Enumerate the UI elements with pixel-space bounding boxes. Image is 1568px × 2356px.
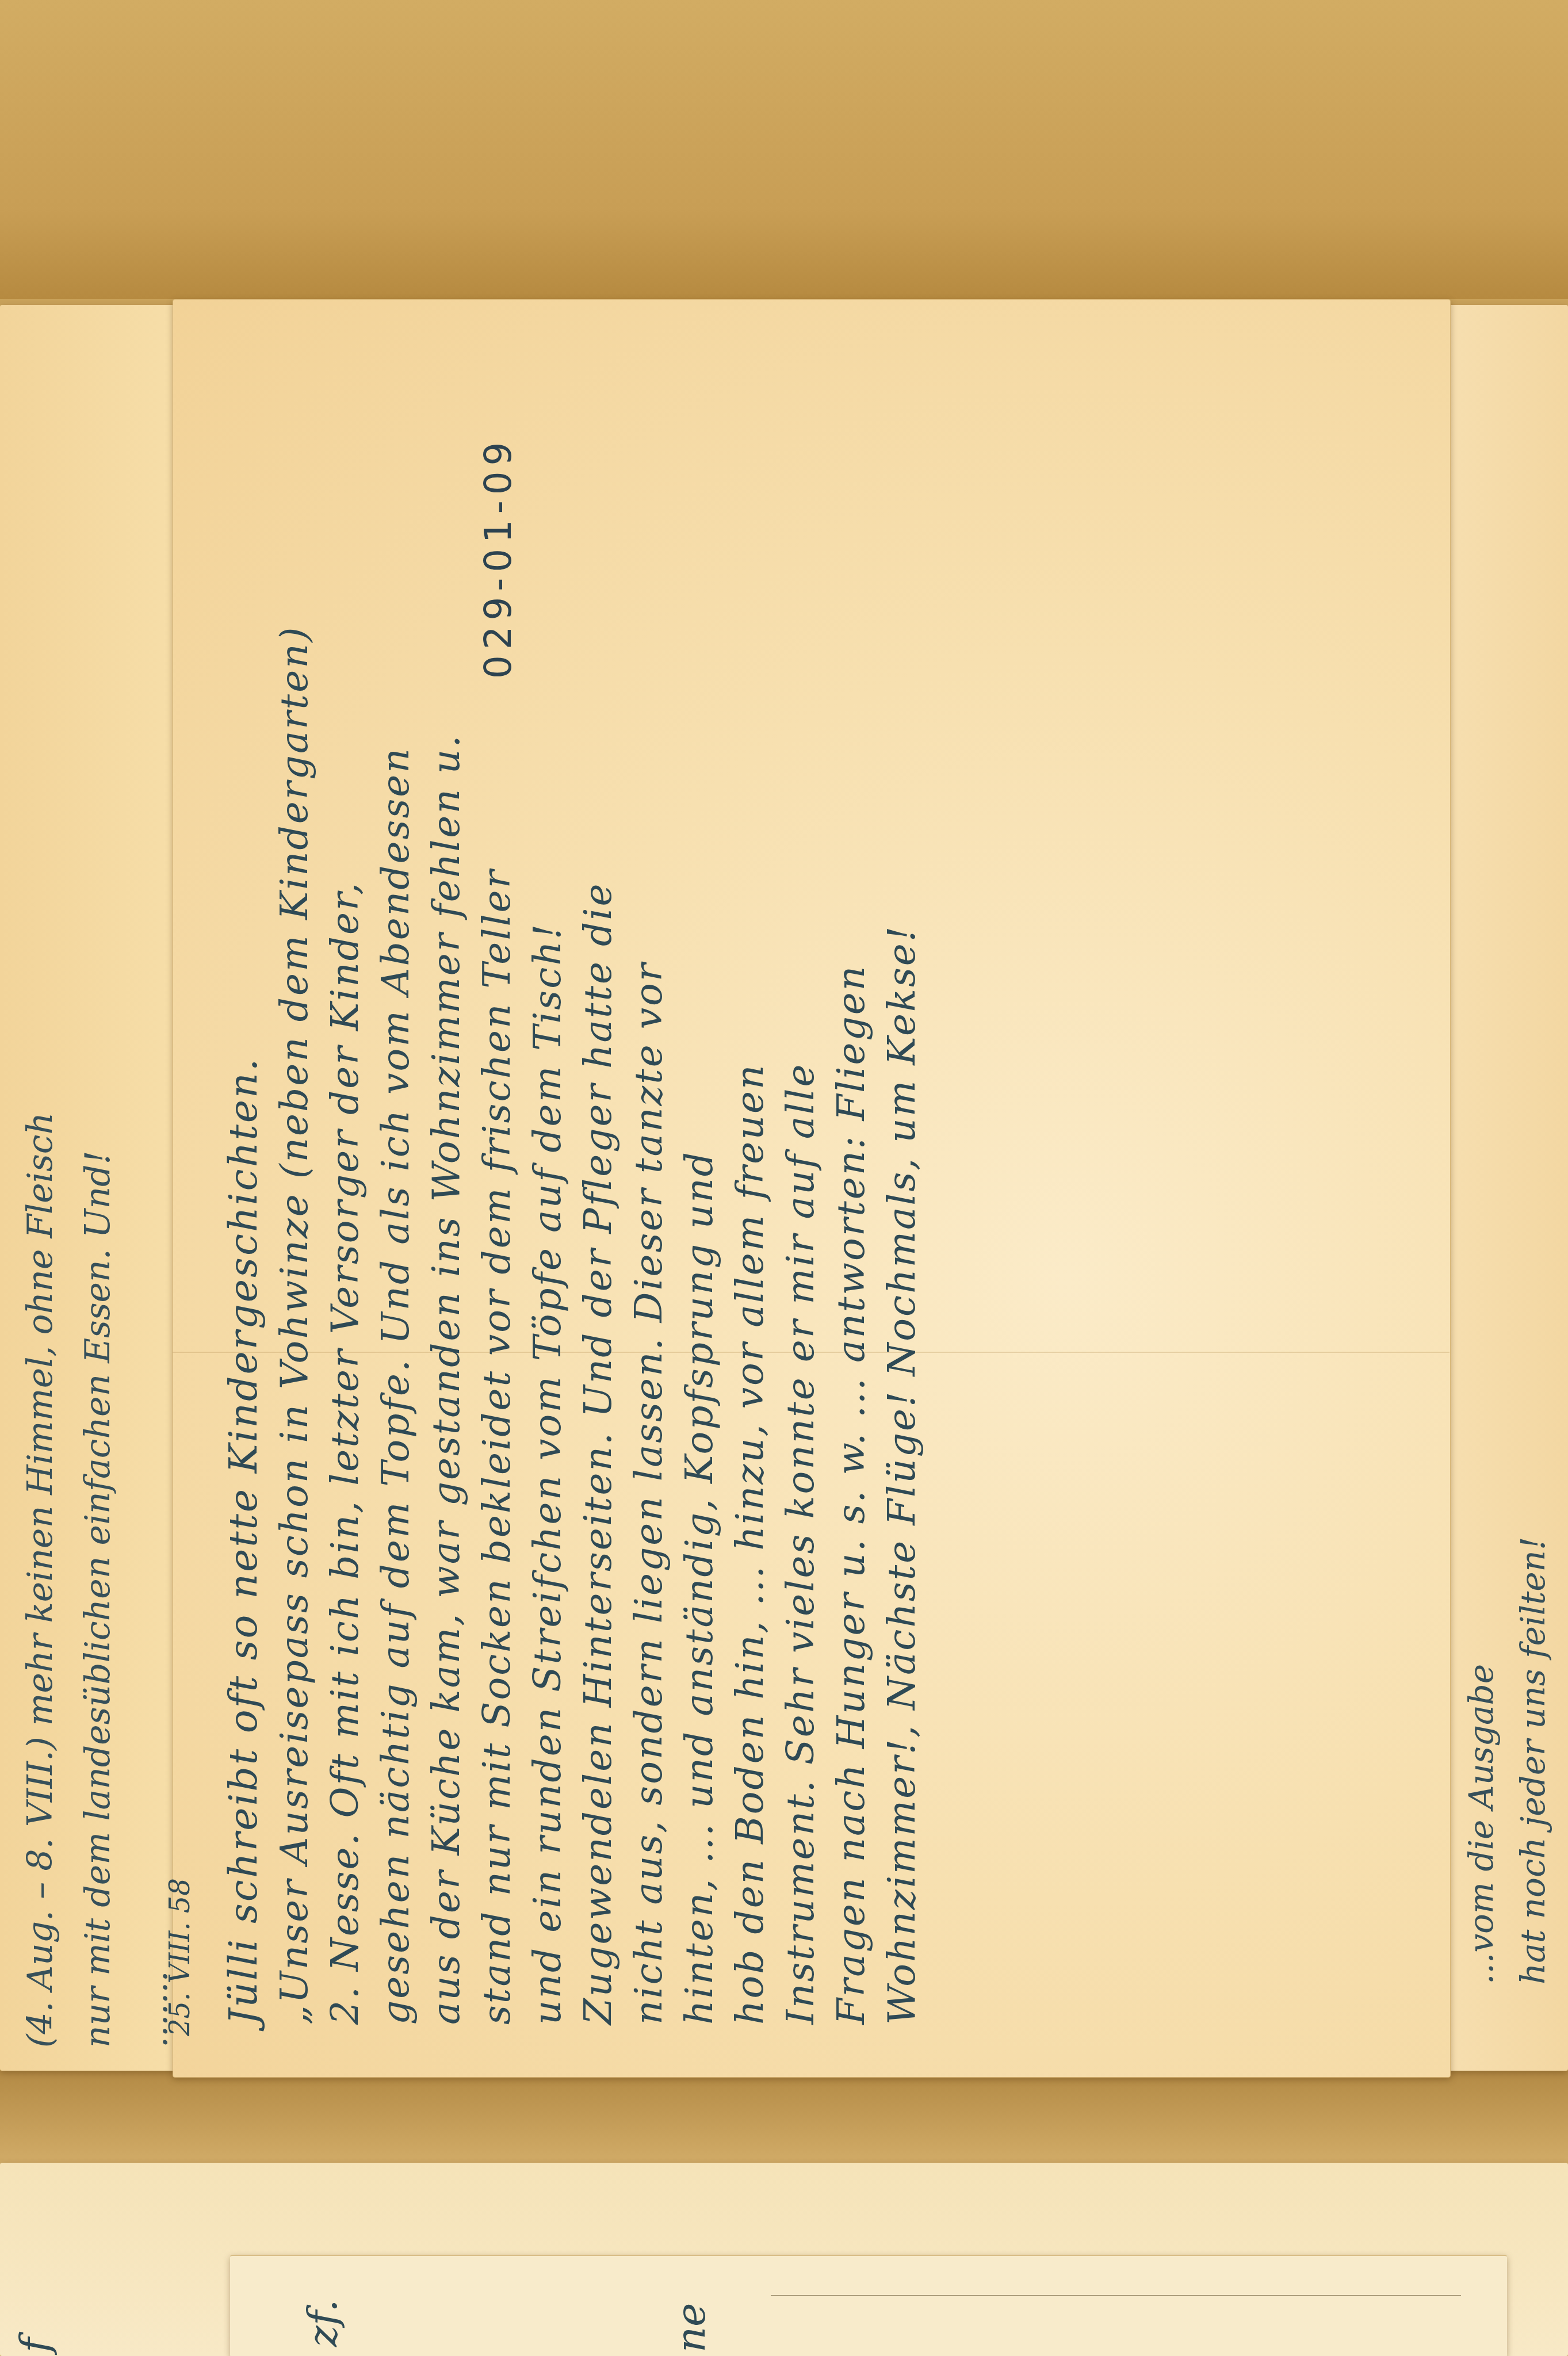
handwritten-line: nur mit dem landesüblichen einfachen Ess… xyxy=(69,1112,127,2048)
left-sheet-text: (4. Aug. – 8. VIII.) mehr keinen Himmel,… xyxy=(12,1112,184,2048)
handwritten-line: aus der Küche kam, war gestanden ins Woh… xyxy=(421,357,472,2025)
right-sheet-text: ...vom die Ausgabe hat noch jeder uns fe… xyxy=(1455,1523,1568,1984)
handwritten-line: hob den Boden hin, ... hinzu, vor allem … xyxy=(725,357,775,2025)
handwritten-line: und ein runden Streifchen vom Töpfe auf … xyxy=(522,357,573,2025)
handwritten-line: hinten, ... und anständig, Kopfsprung un… xyxy=(674,357,725,2025)
main-letter-text: Jülli schreibt oft so nette Kindergeschi… xyxy=(219,357,927,2025)
handwritten-line: Nun noch die letzten. Bei... xyxy=(1559,1523,1568,1984)
handwritten-line: „Unser Ausreisepass schon in Vohwinze (n… xyxy=(269,357,320,2025)
handwritten-line: Fragen nach Hunger u. s. w. ... antworte… xyxy=(826,357,877,2025)
handwritten-line: nicht aus, sondern liegen lassen. Dieser… xyxy=(624,357,674,2025)
handwritten-line: 2. Nesse. Oft mit ich bin, letzter Verso… xyxy=(320,357,370,2025)
handwritten-line: (4. Aug. – 8. VIII.) mehr keinen Himmel,… xyxy=(12,1112,69,2048)
bottom-letter-sheet-2 xyxy=(230,2255,1507,2356)
handwritten-line: ...vom die Ausgabe xyxy=(1455,1523,1507,1984)
handwritten-line: Jülli schreibt oft so nette Kindergeschi… xyxy=(219,357,269,2025)
handwritten-line: hat noch jeder uns feilten! xyxy=(1507,1523,1559,1984)
handwritten-line: Instrument. Sehr vieles konnte er mir au… xyxy=(775,357,826,2025)
bottom-fragment: ne xyxy=(667,2303,714,2353)
handwritten-line: stand nur mit Socken bekleidet vor dem f… xyxy=(472,357,522,2025)
left-sheet-date: 25. VIII. 58 xyxy=(164,1878,196,2036)
handwritten-line: Wohnzimmer!, Nächste Flüge! Nochmals, um… xyxy=(877,357,927,2025)
handwritten-line: Zugewendelen Hinterseiten. Und der Pfleg… xyxy=(573,357,624,2025)
ruled-line xyxy=(771,2295,1461,2296)
bottom-fragment: zf. xyxy=(299,2299,346,2347)
folder-cover-top xyxy=(0,0,1568,299)
bottom-fragment: f xyxy=(12,2338,59,2353)
handwritten-line: gesehen nächtig auf dem Topfe. Und als i… xyxy=(370,357,421,2025)
